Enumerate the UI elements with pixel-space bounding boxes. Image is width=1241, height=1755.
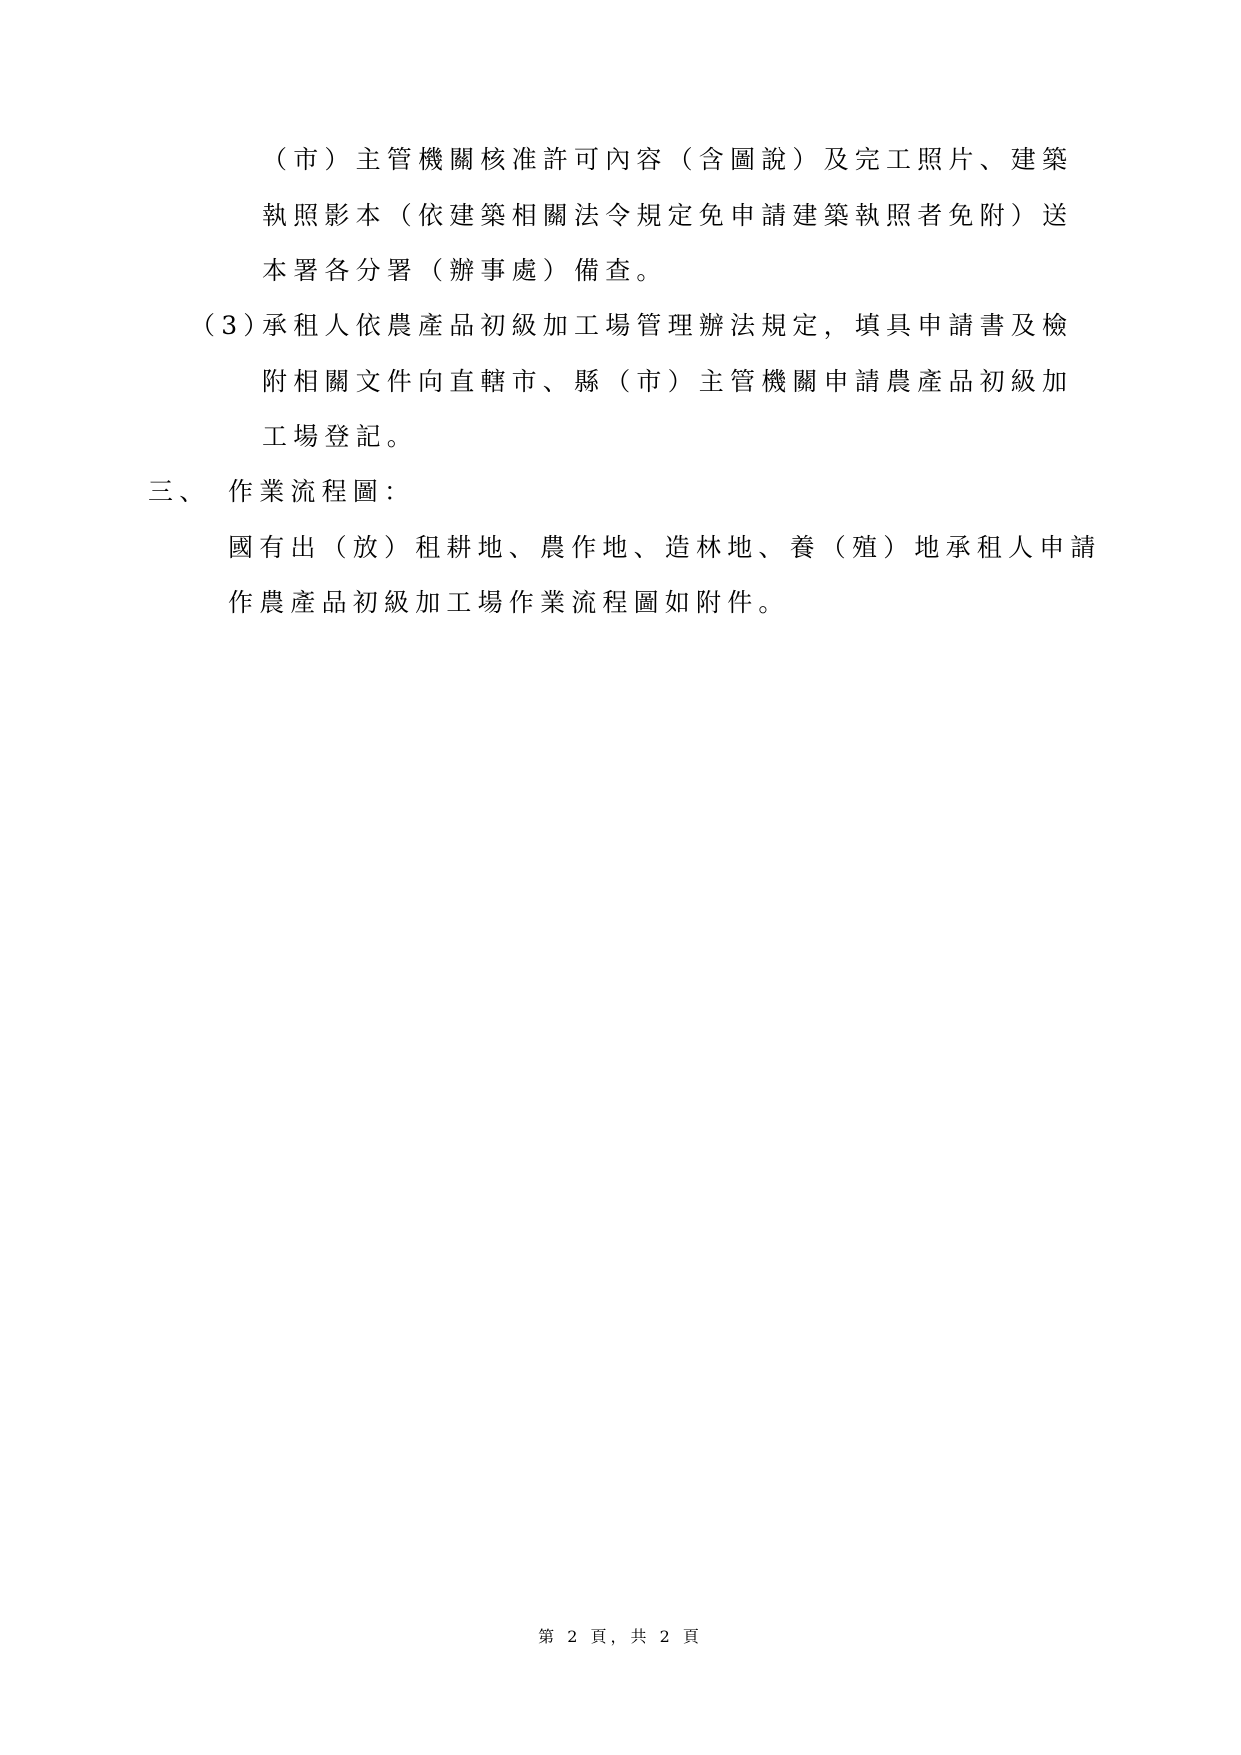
paragraph-line: 承租人依農產品初級加工場管理辦法規定，填具申請書及檢 [262,313,1073,338]
section-heading: 作業流程圖： [228,479,415,504]
paragraph-line: （市）主管機關核准許可內容（含圖說）及完工照片、建築 [262,147,1073,172]
paragraph-line: 作農產品初級加工場作業流程圖如附件。 [228,590,790,615]
paragraph-line: 本署各分署（辦事處）備查。 [262,258,668,283]
paragraph-line: 國有出（放）租耕地、農作地、造林地、養（殖）地承租人申請 [228,535,1102,560]
page-number: 第 2 頁，共 2 頁 [0,1624,1241,1647]
paragraph-line: 工場登記。 [262,424,418,449]
section-marker: 三、 [148,479,210,504]
paragraph-line: 附相關文件向直轄市、縣（市）主管機關申請農產品初級加 [262,369,1073,394]
paragraph-line: 執照影本（依建築相關法令規定免申請建築執照者免附）送 [262,203,1073,228]
